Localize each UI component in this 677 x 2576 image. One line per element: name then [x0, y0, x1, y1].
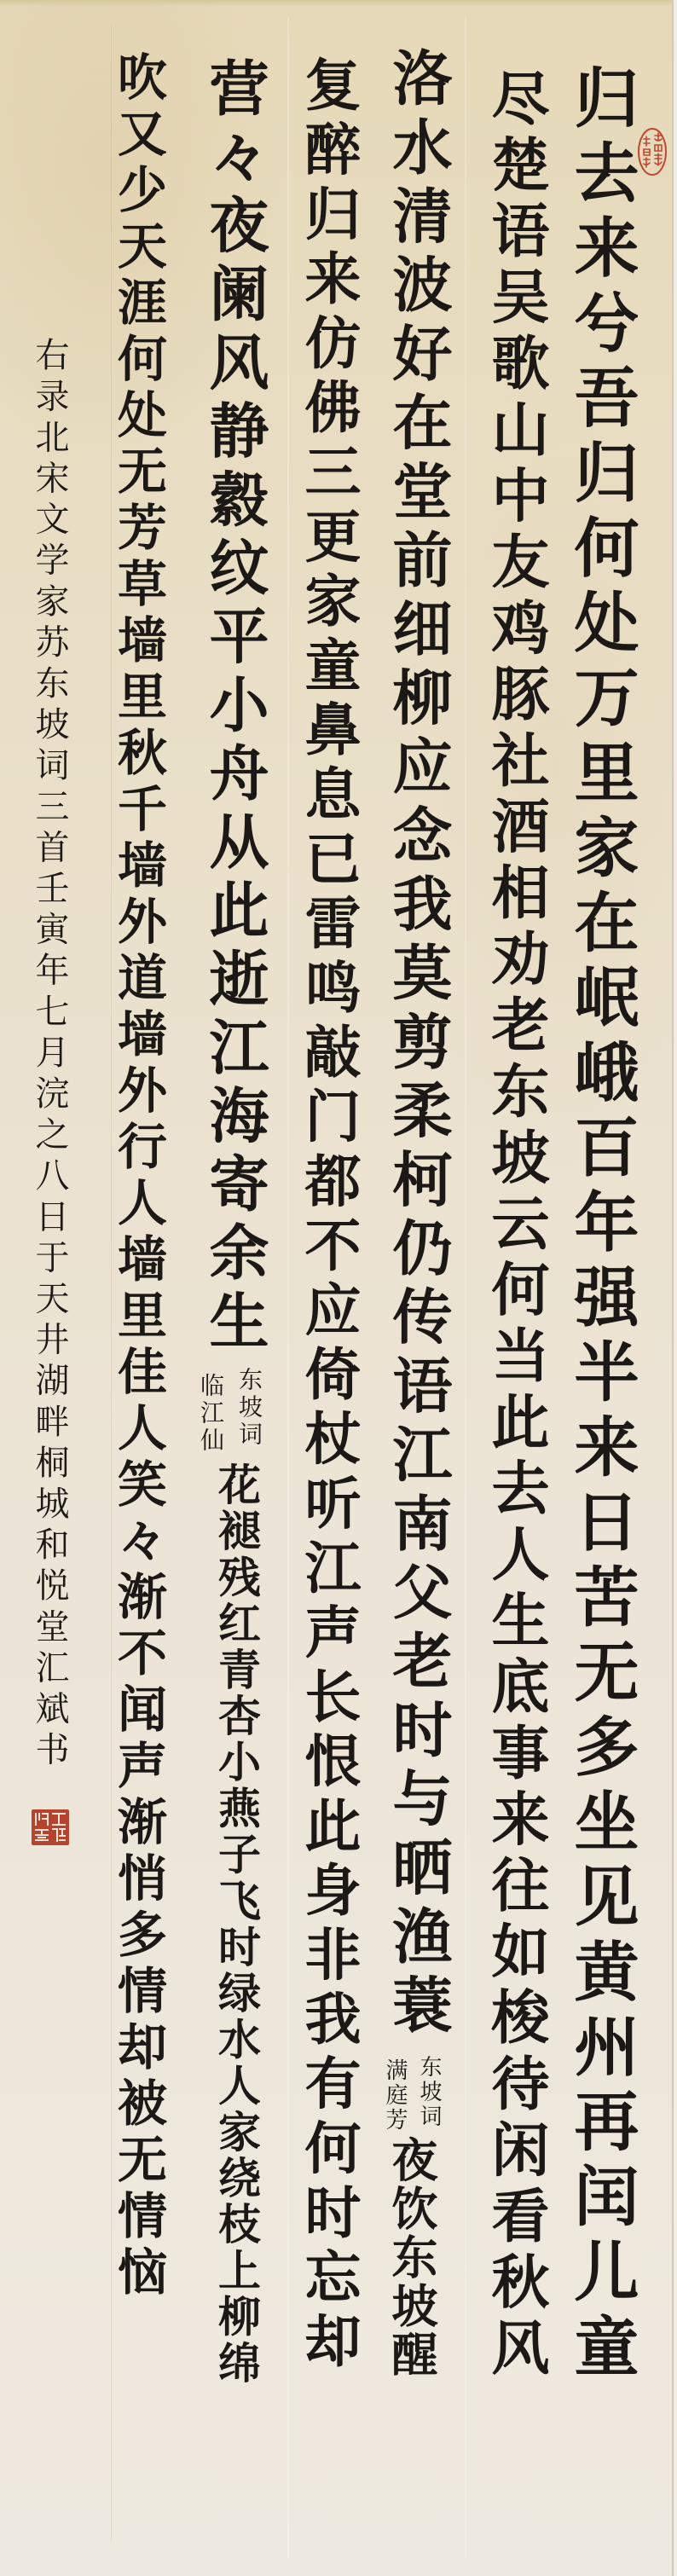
- poem-title-note-title: 临江仙: [199, 1373, 223, 1455]
- leading-seal-stamp: [637, 127, 668, 177]
- text-column-3-upper: 洛水清波好在堂前细柳应念我莫剪柔柯仍传语江南父老时与晒渔蓑: [388, 47, 448, 2042]
- text-column-5-upper: 营々夜阑风静縠纹平小舟从此逝江海寄余生: [205, 57, 264, 1358]
- text-column-1: 归去来兮吾归何处万里家在岷峨百年强半来日苦无多坐见黄州再闰儿童: [569, 64, 634, 2388]
- text-column-4: 复醉归来仿佛三更家童鼻息已雷鸣敲门都不应倚杖听江声长恨此身非我有何时忘却: [300, 55, 356, 2376]
- paper-top-edge: [0, 0, 677, 7]
- calligraphy-scroll: 归去来兮吾归何处万里家在岷峨百年强半来日苦无多坐见黄州再闰儿童 尽楚语吴歌山中友…: [0, 0, 677, 2576]
- text-column-6: 吹又少天涯何处无芳草墙里秋千墙外道墙外行人墙里佳人笑々渐不闻声渐悄多情却被无情恼: [113, 51, 163, 2302]
- text-column-3-lower: 夜饮东坡醒: [389, 2136, 435, 2379]
- artist-name-seal-stamp: [32, 1809, 69, 1845]
- poem-title-note-title: 满庭芳: [384, 2058, 406, 2133]
- paper-crease: [287, 17, 289, 2558]
- text-column-2: 尽楚语吴歌山中友鸡豚社酒相劝老东坡云何当此去人生底事来往如梭待闲看秋风: [487, 68, 545, 2384]
- paper-right-margin: [674, 0, 677, 2576]
- signature-inscription: 右录北宋文学家苏东坡词三首壬寅年七月浣之八日于天井湖畔桐城和悦堂汇斌书: [32, 337, 67, 1773]
- poem-title-note-author: 东坡词: [237, 1367, 261, 1449]
- paper-crease: [465, 17, 466, 2558]
- poem-title-note-author: 东坡词: [418, 2055, 440, 2129]
- text-column-5-lower: 花褪残红青杏小燕子飞时绿水人家绕枝上柳绵: [215, 1462, 257, 2387]
